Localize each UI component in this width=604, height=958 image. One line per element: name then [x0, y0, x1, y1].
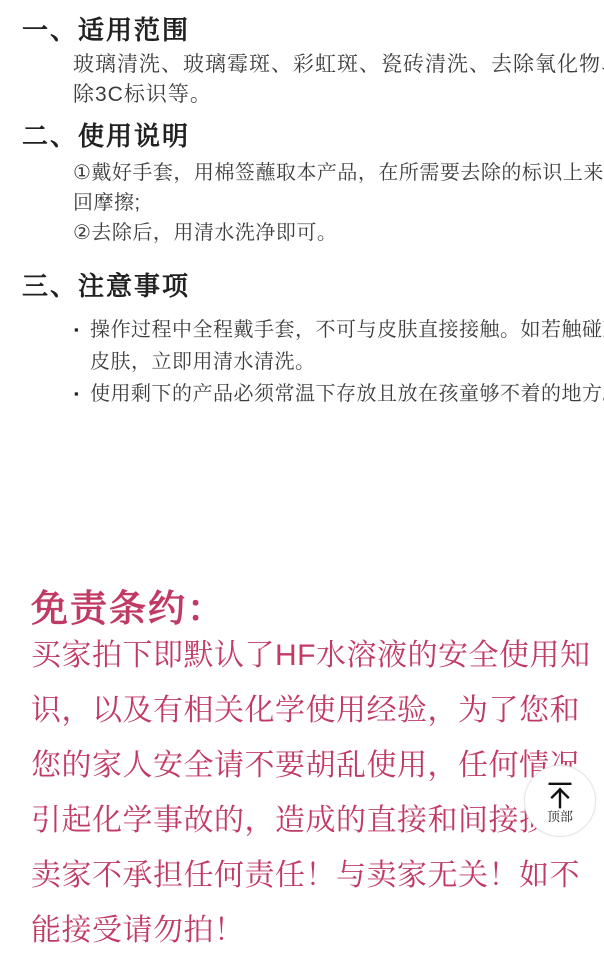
- notice-bullet-line: 皮肤，立即用清水清洗。: [90, 346, 604, 378]
- disclaimer-line: 引起化学事故的，造成的直接和间接损失: [31, 793, 591, 848]
- section-2-body-line: ②去除后，用清水洗净即可。: [73, 218, 604, 248]
- section-1-heading: 一、适用范围: [22, 10, 190, 47]
- section-2-heading: 二、使用说明: [22, 116, 190, 153]
- notice-bullet-line: 使用剩下的产品必须常温下存放且放在孩童够不着的地方。: [90, 378, 604, 410]
- notice-bullet-text: 使用剩下的产品必须常温下存放且放在孩童够不着的地方。: [90, 378, 604, 410]
- section-3-body: ▪ 操作过程中全程戴手套，不可与皮肤直接接触。如若触碰到 皮肤，立即用清水清洗。…: [74, 314, 604, 410]
- disclaimer-line: 您的家人安全请不要胡乱使用，任何情况: [31, 738, 591, 793]
- notice-bullet-item: ▪ 操作过程中全程戴手套，不可与皮肤直接接触。如若触碰到 皮肤，立即用清水清洗。: [74, 314, 604, 378]
- section-2-body-line: ①戴好手套，用棉签蘸取本产品，在所需要去除的标识上来: [73, 158, 604, 188]
- disclaimer-heading: 免责条约：: [31, 578, 226, 632]
- product-description-page: 一、适用范围 玻璃清洗、玻璃霉斑、彩虹斑、瓷砖清洗、去除氧化物、 除3C标识等。…: [0, 0, 604, 958]
- section-1-body: 玻璃清洗、玻璃霉斑、彩虹斑、瓷砖清洗、去除氧化物、 除3C标识等。: [73, 50, 604, 110]
- back-to-top-button[interactable]: 顶部: [524, 765, 596, 837]
- section-2-body-line: 回摩擦;: [73, 188, 604, 218]
- disclaimer-line: 识，以及有相关化学使用经验，为了您和: [31, 683, 591, 738]
- notice-bullet-line: 操作过程中全程戴手套，不可与皮肤直接接触。如若触碰到: [90, 314, 604, 346]
- notice-bullet-text: 操作过程中全程戴手套，不可与皮肤直接接触。如若触碰到 皮肤，立即用清水清洗。: [90, 314, 604, 378]
- disclaimer-line: 能接受请勿拍！: [31, 903, 591, 958]
- section-2-body: ①戴好手套，用棉签蘸取本产品，在所需要去除的标识上来 回摩擦; ②去除后，用清水…: [73, 158, 604, 248]
- section-1-body-line: 除3C标识等。: [73, 80, 604, 110]
- notice-bullet-item: ▪ 使用剩下的产品必须常温下存放且放在孩童够不着的地方。: [74, 378, 604, 410]
- disclaimer-line: 卖家不承担任何责任！与卖家无关！如不: [31, 848, 591, 903]
- bullet-square-icon: ▪: [74, 314, 90, 346]
- section-1-body-line: 玻璃清洗、玻璃霉斑、彩虹斑、瓷砖清洗、去除氧化物、: [73, 50, 604, 80]
- disclaimer-line: 买家拍下即默认了HF水溶液的安全使用知: [31, 628, 591, 683]
- section-3-heading: 三、注意事项: [22, 266, 190, 303]
- arrow-up-to-top-icon: [545, 781, 575, 809]
- back-to-top-label: 顶部: [547, 809, 573, 824]
- disclaimer-body: 买家拍下即默认了HF水溶液的安全使用知 识，以及有相关化学使用经验，为了您和 您…: [31, 628, 591, 958]
- bullet-square-icon: ▪: [74, 378, 90, 410]
